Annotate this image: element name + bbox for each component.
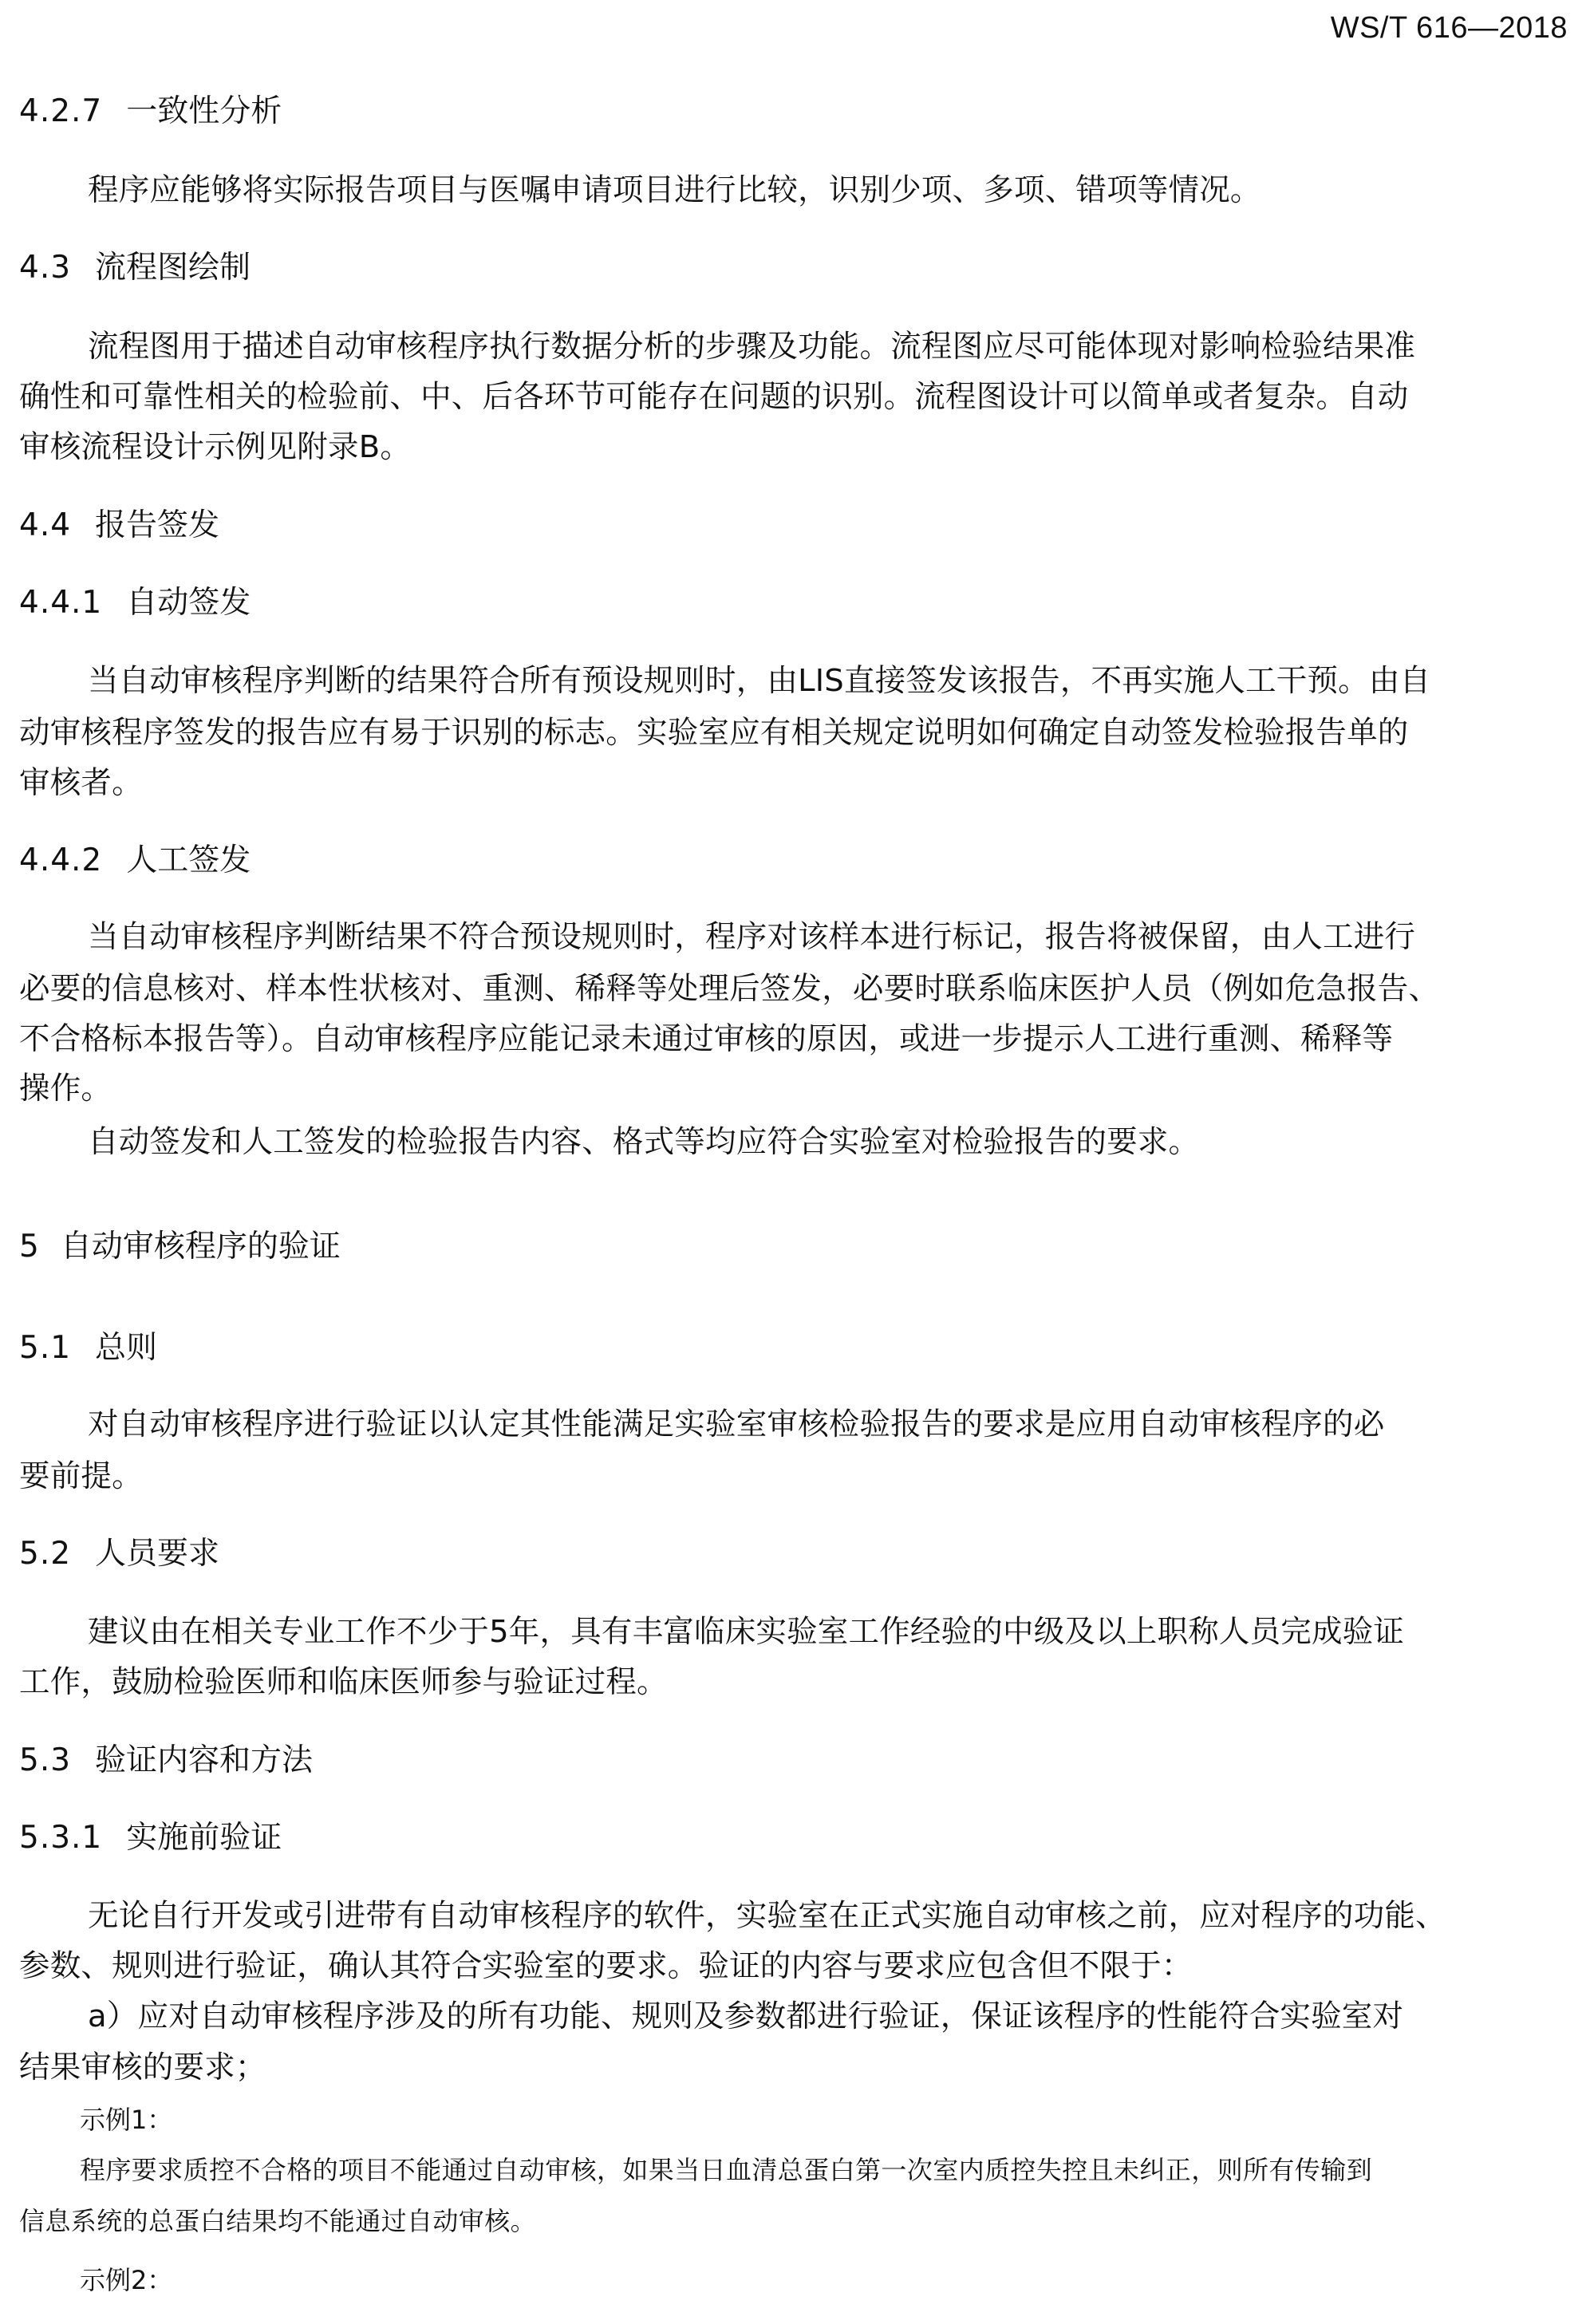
paragraph-line: 要前提。: [19, 1458, 1571, 1495]
paragraph-line: 动审核程序签发的报告应有易于识别的标志。实验室应有相关规定说明如何确定自动签发检…: [19, 715, 1571, 752]
heading-5-3: 5.3验证内容和方法: [19, 1742, 313, 1779]
paragraph-line: 流程图用于描述自动审核程序执行数据分析的步骤及功能。流程图应尽可能体现对影响检验…: [88, 329, 1572, 365]
section-title: 总则: [95, 1330, 157, 1366]
section-title: 自动审核程序的验证: [61, 1229, 341, 1265]
example-1-label: 示例1：: [80, 2104, 172, 2136]
paragraph-line: 程序应能够将实际报告项目与医嘱申请项目进行比较，识别少项、多项、错项等情况。: [88, 172, 1572, 209]
paragraph-line: 审核流程设计示例见附录B。: [19, 429, 1571, 466]
paragraph-line: 无论自行开发或引进带有自动审核程序的软件，实验室在正式实施自动审核之前，应对程序…: [88, 1898, 1572, 1935]
paragraph-line: 参数、规则进行验证，确认其符合实验室的要求。验证的内容与要求应包含但不限于：: [19, 1948, 1571, 1985]
paragraph-line: 确性和可靠性相关的检验前、中、后各环节可能存在问题的识别。流程图设计可以简单或者…: [19, 379, 1571, 416]
paragraph-line: 必要的信息核对、样本性状核对、重测、稀释等处理后签发，必要时联系临床医护人员（例…: [19, 971, 1571, 1008]
section-number: 4.4.2: [19, 842, 102, 879]
document-page: WS/T 616—2018 4.2.7一致性分析 程序应能够将实际报告项目与医嘱…: [0, 0, 1590, 2324]
section-number: 4.4.1: [19, 585, 102, 621]
section-number: 5.3: [19, 1742, 71, 1779]
heading-4-2-7: 4.2.7一致性分析: [19, 93, 282, 130]
paragraph-line: 操作。: [19, 1071, 1571, 1107]
standard-code-header: WS/T 616—2018: [1331, 11, 1568, 45]
paragraph-line: 建议由在相关专业工作不少于5年，具有丰富临床实验室工作经验的中级及以上职称人员完…: [88, 1614, 1572, 1651]
section-title: 验证内容和方法: [95, 1742, 313, 1778]
section-number: 4.4: [19, 507, 71, 544]
list-item-a: a）应对自动审核程序涉及的所有功能、规则及参数都进行验证，保证该程序的性能符合实…: [88, 1998, 1572, 2035]
paragraph-line: 当自动审核程序判断的结果符合所有预设规则时，由LIS直接签发该报告，不再实施人工…: [88, 663, 1572, 700]
paragraph-line: 自动签发和人工签发的检验报告内容、格式等均应符合实验室对检验报告的要求。: [88, 1124, 1572, 1161]
section-title: 人员要求: [95, 1536, 219, 1572]
list-item-a-continued: 结果审核的要求；: [19, 2050, 1571, 2086]
section-number: 4.3: [19, 250, 71, 286]
section-title: 自动签发: [126, 585, 251, 621]
paragraph-line: 不合格标本报告等）。自动审核程序应能记录未通过审核的原因，或进一步提示人工进行重…: [19, 1021, 1571, 1058]
example-1-line: 信息系统的总蛋白结果均不能通过自动审核。: [19, 2205, 1571, 2237]
section-title: 实施前验证: [126, 1820, 282, 1856]
heading-4-4-2: 4.4.2人工签发: [19, 842, 251, 879]
section-title: 报告签发: [95, 507, 219, 543]
paragraph-line: 工作，鼓励检验医师和临床医师参与验证过程。: [19, 1664, 1571, 1701]
paragraph-line: 对自动审核程序进行验证以认定其性能满足实验室审核检验报告的要求是应用自动审核程序…: [88, 1407, 1572, 1443]
section-title: 流程图绘制: [95, 250, 251, 286]
heading-5: 5自动审核程序的验证: [19, 1229, 341, 1265]
heading-5-3-1: 5.3.1实施前验证: [19, 1820, 282, 1856]
heading-4-3: 4.3流程图绘制: [19, 250, 251, 286]
section-title: 人工签发: [126, 842, 251, 878]
section-title: 一致性分析: [126, 93, 282, 129]
section-number: 5.1: [19, 1330, 71, 1367]
heading-5-1: 5.1总则: [19, 1330, 157, 1367]
section-number: 4.2.7: [19, 93, 102, 130]
example-2-label: 示例2：: [80, 2264, 172, 2296]
example-1-line: 程序要求质控不合格的项目不能通过自动审核，如果当日血清总蛋白第一次室内质控失控且…: [80, 2154, 1590, 2186]
heading-4-4-1: 4.4.1自动签发: [19, 585, 251, 621]
section-number: 5.2: [19, 1536, 71, 1572]
paragraph-line: 审核者。: [19, 765, 1571, 802]
paragraph-line: 当自动审核程序判断结果不符合预设规则时，程序对该样本进行标记，报告将被保留，由人…: [88, 919, 1572, 956]
section-number: 5: [19, 1229, 40, 1265]
heading-5-2: 5.2人员要求: [19, 1536, 219, 1572]
heading-4-4: 4.4报告签发: [19, 507, 219, 544]
section-number: 5.3.1: [19, 1820, 102, 1856]
